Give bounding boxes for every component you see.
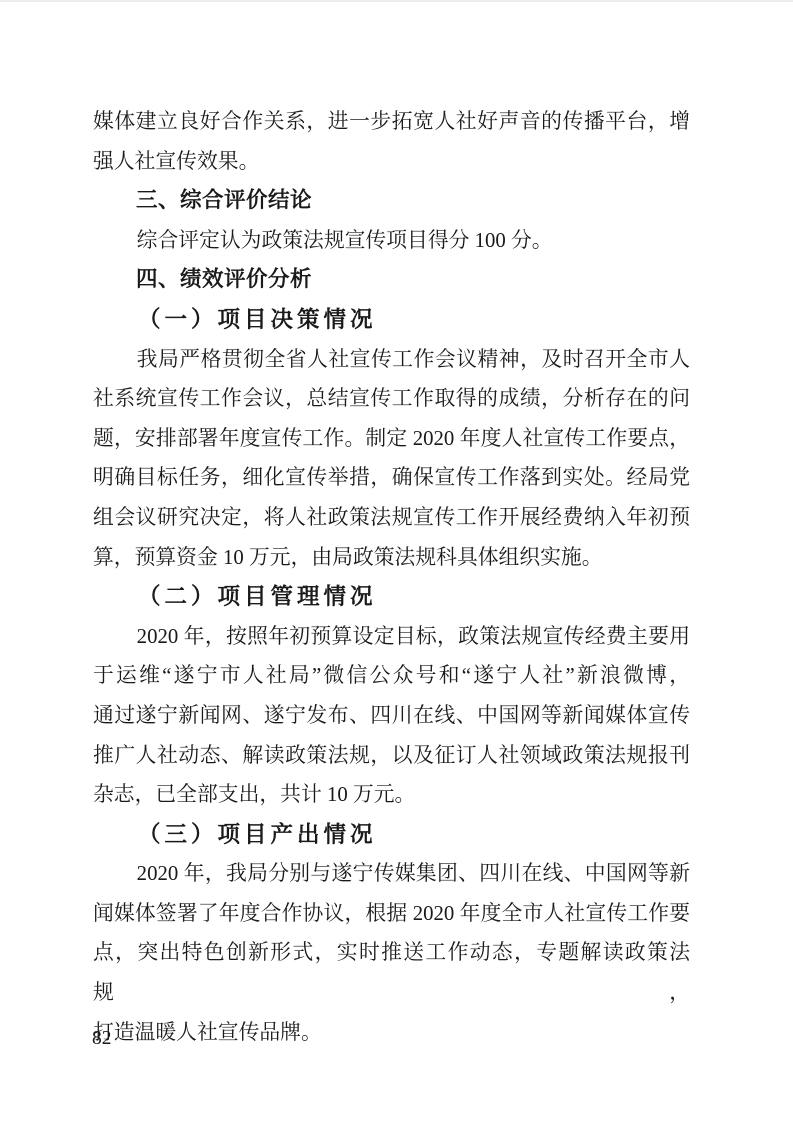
text-line: 推广人社动态、解读政策法规，以及征订人社领域政策法规报刊 (93, 736, 690, 776)
text-line: 打造温暖人社宣传品牌。 (93, 1013, 690, 1053)
text-line: 社系统宣传工作会议，总结宣传工作取得的成绩，分析存在的问 (93, 379, 690, 419)
text-line: 闻媒体签署了年度合作协议，根据 2020 年度全市人社宣传工作要 (93, 894, 690, 934)
text-line: 通过遂宁新闻网、遂宁发布、四川在线、中国网等新闻媒体宣传 (93, 696, 690, 736)
text-line: 综合评定认为政策法规宣传项目得分 100 分。 (93, 221, 690, 261)
text-line: 2020 年，我局分别与遂宁传媒集团、四川在线、中国网等新 (93, 854, 690, 894)
heading-line: （一）项目决策情况 (93, 300, 690, 340)
text-line: 杂志，已全部支出，共计 10 万元。 (93, 775, 690, 815)
text-line: 我局严格贯彻全省人社宣传工作会议精神，及时召开全市人 (93, 340, 690, 380)
text-line: 点，突出特色创新形式，实时推送工作动态，专题解读政策法规， (93, 933, 690, 1012)
document-body: 媒体建立良好合作关系，进一步拓宽人社好声音的传播平台，增强人社宣传效果。三、综合… (93, 102, 690, 1052)
text-line: 明确目标任务，细化宣传举措，确保宣传工作落到实处。经局党 (93, 458, 690, 498)
text-line: 题，安排部署年度宣传工作。制定 2020 年度人社宣传工作要点， (93, 419, 690, 459)
text-line: 2020 年，按照年初预算设定目标，政策法规宣传经费主要用 (93, 617, 690, 657)
text-line: 于运维“遂宁市人社局”微信公众号和“遂宁人社”新浪微博， (93, 656, 690, 696)
heading-line: 四、绩效评价分析 (93, 260, 690, 300)
heading-line: 三、综合评价结论 (93, 181, 690, 221)
scan-edge-line (0, 0, 793, 2)
heading-line: （二）项目管理情况 (93, 577, 690, 617)
heading-line: （三）项目产出情况 (93, 815, 690, 855)
document-page: 媒体建立良好合作关系，进一步拓宽人社好声音的传播平台，增强人社宣传效果。三、综合… (0, 0, 793, 1122)
text-line: 算，预算资金 10 万元，由局政策法规科具体组织实施。 (93, 538, 690, 578)
page-number: 82 (92, 1027, 112, 1050)
text-line: 组会议研究决定，将人社政策法规宣传工作开展经费纳入年初预 (93, 498, 690, 538)
text-line: 强人社宣传效果。 (93, 142, 690, 182)
text-line: 媒体建立良好合作关系，进一步拓宽人社好声音的传播平台，增 (93, 102, 690, 142)
